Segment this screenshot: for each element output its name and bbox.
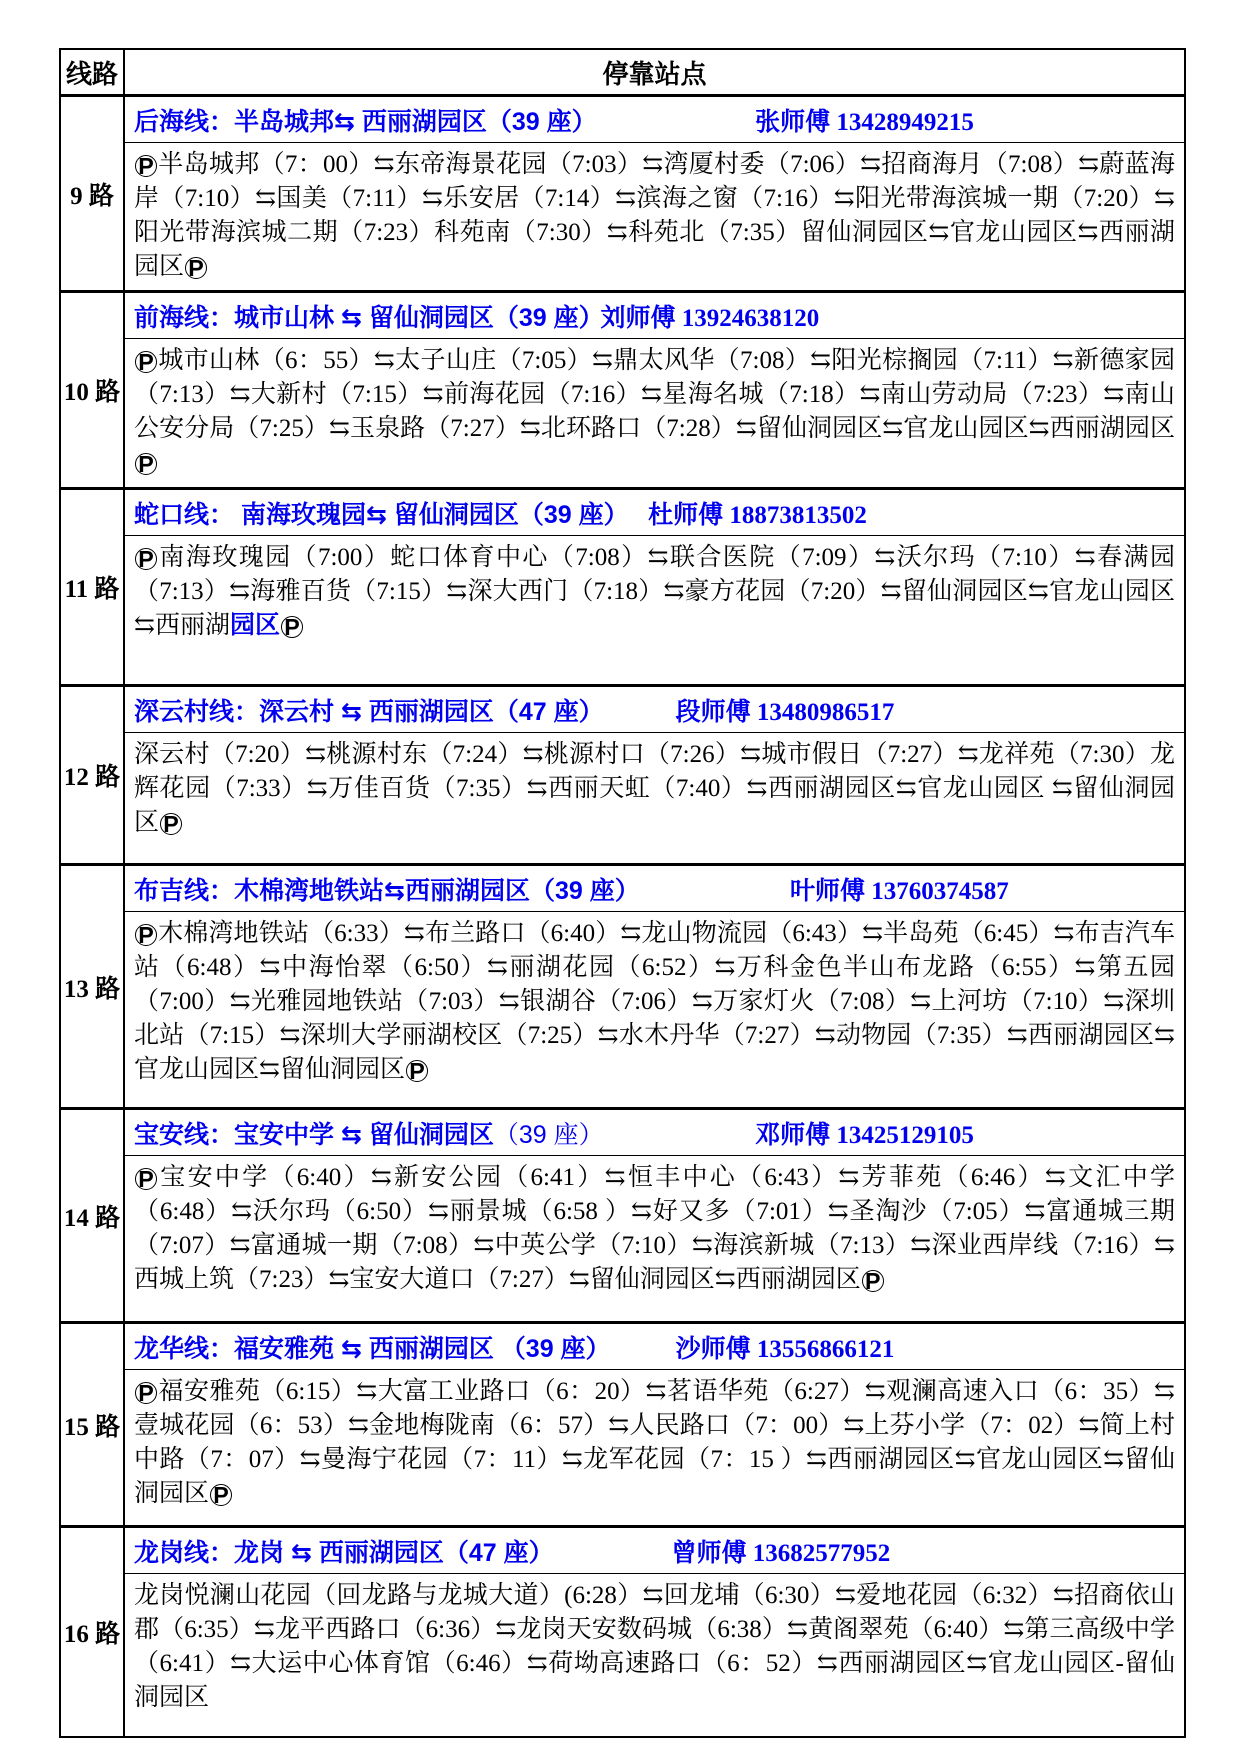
route-stops-row: P木棉湾地铁站（6:33）⇆布兰路口（6:40）⇆龙山物流园（6:43）⇆半岛苑…	[60, 912, 1185, 1109]
route-title: 深云村线：深云村 ⇆ 西丽湖园区（47 座）	[134, 698, 604, 726]
route-stops-cell: P福安雅苑（6:15）⇆大富工业路口（6：20）⇆茗语华苑（6:27）⇆观澜高速…	[124, 1370, 1185, 1527]
text-segment: P	[280, 612, 304, 639]
route-stops-cell: 深云村（7:20）⇆桃源村东（7:24）⇆桃源村口（7:26）⇆城市假日（7:2…	[124, 733, 1185, 865]
parking-circle-icon: P	[135, 453, 157, 475]
routes-table-body: 9 路后海线：半岛城邦⇆ 西丽湖园区（39 座）张师傅 13428949215P…	[60, 96, 1185, 1738]
route-number-cell: 15 路	[60, 1323, 124, 1527]
parking-circle-icon: P	[135, 351, 157, 373]
route-title: 后海线：半岛城邦⇆ 西丽湖园区（39 座）	[134, 108, 597, 136]
route-stops-row: P半岛城邦（7：00）⇆东帝海景花园（7:03）⇆湾厦村委（7:06）⇆招商海月…	[60, 143, 1185, 292]
parking-circle-icon: P	[862, 1270, 884, 1292]
route-stops-cell: 龙岗悦澜山花园（回龙路与龙城大道）(6:28）⇆回龙埔（6:30）⇆爱地花园（6…	[124, 1574, 1185, 1738]
route-stops-cell: P城市山林（6：55）⇆太子山庄（7:05）⇆鼎太风华（7:08）⇆阳光棕搁园（…	[124, 339, 1185, 489]
text-segment: P福安雅苑（6:15）⇆大富工业路口（6：20）⇆茗语华苑（6:27）⇆观澜高速…	[134, 1378, 1175, 1507]
text-segment: 龙岗线：龙岗 ⇆ 西丽湖园区（47 座）	[134, 1539, 554, 1567]
bus-schedule-table: 线路 停靠站点 9 路后海线：半岛城邦⇆ 西丽湖园区（39 座）张师傅 1342…	[59, 48, 1186, 1738]
route-stops-cell: P木棉湾地铁站（6:33）⇆布兰路口（6:40）⇆龙山物流园（6:43）⇆半岛苑…	[124, 912, 1185, 1109]
route-title-row: 10 路前海线：城市山林 ⇆ 留仙洞园区（39 座）刘师傅 1392463812…	[60, 292, 1185, 339]
text-segment: 园区	[230, 612, 280, 639]
text-segment: 宝安线：宝安中学 ⇆ 留仙洞园区	[134, 1121, 494, 1149]
route-title-row: 12 路深云村线：深云村 ⇆ 西丽湖园区（47 座）段师傅 1348098651…	[60, 686, 1185, 733]
route-title-row: 15 路龙华线：福安雅苑 ⇆ 西丽湖园区 （39 座）沙师傅 135568661…	[60, 1323, 1185, 1370]
parking-circle-icon: P	[406, 1060, 428, 1082]
route-title-cell: 龙岗线：龙岗 ⇆ 西丽湖园区（47 座）曾师傅 13682577952	[124, 1527, 1185, 1574]
route-title-row: 11 路蛇口线： 南海玫瑰园⇆ 留仙洞园区（39 座）杜师傅 188738135…	[60, 489, 1185, 536]
column-header-stops: 停靠站点	[124, 49, 1185, 96]
text-segment: 前海线：城市山林 ⇆ 留仙洞园区（39 座）	[134, 304, 604, 332]
table-header-row: 线路 停靠站点	[60, 49, 1185, 96]
route-stops-cell: P南海玫瑰园（7:00）蛇口体育中心（7:08）⇆联合医院（7:09）⇆沃尔玛（…	[124, 536, 1185, 686]
route-title: 龙岗线：龙岗 ⇆ 西丽湖园区（47 座）	[134, 1539, 554, 1567]
parking-circle-icon: P	[210, 1484, 232, 1506]
route-title-cell: 宝安线：宝安中学 ⇆ 留仙洞园区（39 座）邓师傅 13425129105	[124, 1109, 1185, 1156]
route-stops-row: 龙岗悦澜山花园（回龙路与龙城大道）(6:28）⇆回龙埔（6:30）⇆爱地花园（6…	[60, 1574, 1185, 1738]
parking-circle-icon: P	[185, 257, 207, 279]
route-number-cell: 16 路	[60, 1527, 124, 1738]
text-segment: 龙岗悦澜山花园（回龙路与龙城大道）(6:28）⇆回龙埔（6:30）⇆爱地花园（6…	[134, 1582, 1175, 1711]
text-segment: P木棉湾地铁站（6:33）⇆布兰路口（6:40）⇆龙山物流园（6:43）⇆半岛苑…	[134, 920, 1175, 1083]
driver-contact: 邓师傅 13425129105	[755, 1115, 974, 1151]
text-segment: 深云村线：深云村 ⇆ 西丽湖园区（47 座）	[134, 698, 604, 726]
route-title-row: 14 路宝安线：宝安中学 ⇆ 留仙洞园区（39 座）邓师傅 1342512910…	[60, 1109, 1185, 1156]
text-segment: 后海线：半岛城邦⇆ 西丽湖园区（39 座）	[134, 108, 597, 136]
route-title-row: 13 路布吉线：木棉湾地铁站⇆西丽湖园区（39 座）叶师傅 1376037458…	[60, 865, 1185, 912]
parking-circle-icon: P	[135, 1168, 157, 1190]
route-title-cell: 前海线：城市山林 ⇆ 留仙洞园区（39 座）刘师傅 13924638120	[124, 292, 1185, 339]
driver-contact: 沙师傅 13556866121	[676, 1329, 895, 1365]
route-title-row: 9 路后海线：半岛城邦⇆ 西丽湖园区（39 座）张师傅 13428949215	[60, 96, 1185, 143]
route-number-cell: 12 路	[60, 686, 124, 865]
route-number-cell: 14 路	[60, 1109, 124, 1323]
column-header-route: 线路	[60, 49, 124, 96]
text-segment: P宝安中学（6:40）⇆新安公园（6:41）⇆恒丰中心（6:43）⇆芳菲苑（6:…	[134, 1164, 1175, 1293]
text-segment: P半岛城邦（7：00）⇆东帝海景花园（7:03）⇆湾厦村委（7:06）⇆招商海月…	[134, 151, 1175, 280]
driver-contact: 曾师傅 13682577952	[671, 1533, 890, 1569]
route-stops-row: P南海玫瑰园（7:00）蛇口体育中心（7:08）⇆联合医院（7:09）⇆沃尔玛（…	[60, 536, 1185, 686]
text-segment: 布吉线：木棉湾地铁站⇆西丽湖园区（39 座）	[134, 877, 640, 905]
route-title-row: 16 路龙岗线：龙岗 ⇆ 西丽湖园区（47 座）曾师傅 13682577952	[60, 1527, 1185, 1574]
driver-contact: 叶师傅 13760374587	[790, 871, 1009, 907]
driver-contact: 刘师傅 13924638120	[600, 298, 819, 334]
text-segment: （39 座）	[494, 1121, 604, 1149]
route-number-cell: 9 路	[60, 96, 124, 292]
route-stops-row: P福安雅苑（6:15）⇆大富工业路口（6：20）⇆茗语华苑（6:27）⇆观澜高速…	[60, 1370, 1185, 1527]
route-title-cell: 后海线：半岛城邦⇆ 西丽湖园区（39 座）张师傅 13428949215	[124, 96, 1185, 143]
text-segment: P城市山林（6：55）⇆太子山庄（7:05）⇆鼎太风华（7:08）⇆阳光棕搁园（…	[134, 347, 1175, 476]
driver-contact: 张师傅 13428949215	[755, 102, 974, 138]
route-title-cell: 蛇口线： 南海玫瑰园⇆ 留仙洞园区（39 座）杜师傅 18873813502	[124, 489, 1185, 536]
route-title-cell: 布吉线：木棉湾地铁站⇆西丽湖园区（39 座）叶师傅 13760374587	[124, 865, 1185, 912]
route-title-cell: 龙华线：福安雅苑 ⇆ 西丽湖园区 （39 座）沙师傅 13556866121	[124, 1323, 1185, 1370]
text-segment: 龙华线：福安雅苑 ⇆ 西丽湖园区 （39 座）	[134, 1335, 611, 1363]
route-title: 蛇口线： 南海玫瑰园⇆ 留仙洞园区（39 座）	[134, 501, 629, 529]
text-segment: 深云村（7:20）⇆桃源村东（7:24）⇆桃源村口（7:26）⇆城市假日（7:2…	[134, 741, 1175, 836]
text-segment: 蛇口线： 南海玫瑰园⇆ 留仙洞园区（39 座）	[134, 501, 629, 529]
route-stops-row: P宝安中学（6:40）⇆新安公园（6:41）⇆恒丰中心（6:43）⇆芳菲苑（6:…	[60, 1156, 1185, 1323]
route-stops-cell: P半岛城邦（7：00）⇆东帝海景花园（7:03）⇆湾厦村委（7:06）⇆招商海月…	[124, 143, 1185, 292]
route-number-cell: 10 路	[60, 292, 124, 489]
route-title-cell: 深云村线：深云村 ⇆ 西丽湖园区（47 座）段师傅 13480986517	[124, 686, 1185, 733]
route-stops-row: P城市山林（6：55）⇆太子山庄（7:05）⇆鼎太风华（7:08）⇆阳光棕搁园（…	[60, 339, 1185, 489]
route-number-cell: 13 路	[60, 865, 124, 1109]
parking-circle-icon: P	[160, 813, 182, 835]
document-page: 线路 停靠站点 9 路后海线：半岛城邦⇆ 西丽湖园区（39 座）张师傅 1342…	[0, 0, 1240, 1754]
route-title: 前海线：城市山林 ⇆ 留仙洞园区（39 座）	[134, 304, 604, 332]
parking-circle-icon: P	[135, 924, 157, 946]
parking-circle-icon: P	[135, 155, 157, 177]
route-number-cell: 11 路	[60, 489, 124, 686]
route-title: 龙华线：福安雅苑 ⇆ 西丽湖园区 （39 座）	[134, 1335, 611, 1363]
route-title: 布吉线：木棉湾地铁站⇆西丽湖园区（39 座）	[134, 877, 640, 905]
driver-contact: 杜师傅 18873813502	[648, 495, 867, 531]
driver-contact: 段师傅 13480986517	[676, 692, 895, 728]
parking-circle-icon: P	[135, 1382, 157, 1404]
parking-circle-icon: P	[135, 548, 157, 570]
parking-circle-icon: P	[281, 616, 303, 638]
route-stops-cell: P宝安中学（6:40）⇆新安公园（6:41）⇆恒丰中心（6:43）⇆芳菲苑（6:…	[124, 1156, 1185, 1323]
route-stops-row: 深云村（7:20）⇆桃源村东（7:24）⇆桃源村口（7:26）⇆城市假日（7:2…	[60, 733, 1185, 865]
route-title: 宝安线：宝安中学 ⇆ 留仙洞园区（39 座）	[134, 1121, 604, 1149]
